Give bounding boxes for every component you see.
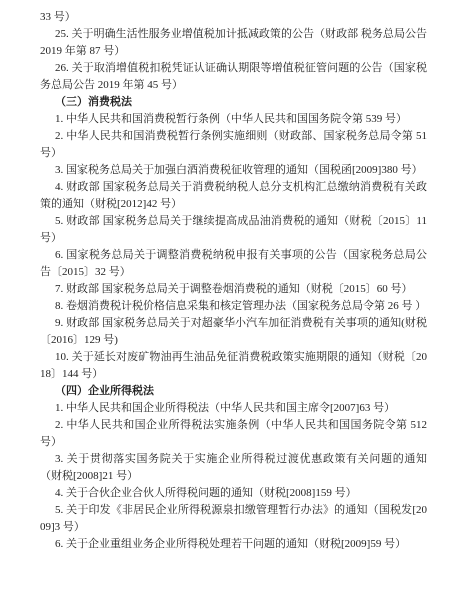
list-item: 4. 财政部 国家税务总局关于消费税纳税人总分支机构汇总缴纳消费税有关政策的通知… (40, 179, 427, 213)
list-item: 7. 财政部 国家税务总局关于调整卷烟消费税的通知（财税〔2015〕60 号） (40, 281, 427, 298)
list-item: 1. 中华人民共和国企业所得税法（中华人民共和国主席令[2007]63 号） (40, 400, 427, 417)
document-page: 33 号）25. 关于明确生活性服务业增值税加计抵减政策的公告（财政部 税务总局… (0, 0, 460, 591)
list-item: 6. 关于企业重组业务企业所得税处理若干问题的通知（财税[2009]59 号） (40, 536, 427, 553)
list-item: 2. 中华人民共和国企业所得税法实施条例（中华人民共和国国务院令第 512 号） (40, 417, 427, 451)
list-item: 3. 国家税务总局关于加强白酒消费税征收管理的通知（国税函[2009]380 号… (40, 162, 427, 179)
list-item: 2. 中华人民共和国消费税暂行条例实施细则（财政部、国家税务总局令第 51 号） (40, 128, 427, 162)
list-item: 25. 关于明确生活性服务业增值税加计抵减政策的公告（财政部 税务总局公告 20… (40, 26, 427, 60)
list-item: 9. 财政部 国家税务总局关于对超豪华小汽车加征消费税有关事项的通知(财税〔20… (40, 315, 427, 349)
list-item: 10. 关于延长对废矿物油再生油品免征消费税政策实施期限的通知（财税〔2018〕… (40, 349, 427, 383)
list-item: 8. 卷烟消费税计税价格信息采集和核定管理办法（国家税务总局令第 26 号 ） (40, 298, 427, 315)
list-item: 5. 关于印发《非居民企业所得税源泉扣缴管理暂行办法》的通知（国税发[2009]… (40, 502, 427, 536)
list-item: 3. 关于贯彻落实国务院关于实施企业所得税过渡优惠政策有关问题的通知（财税[20… (40, 451, 427, 485)
continuation-line: 33 号） (40, 9, 427, 26)
list-item: 26. 关于取消增值税扣税凭证认证确认期限等增值税征管问题的公告（国家税务总局公… (40, 60, 427, 94)
section-heading: （四）企业所得税法 (40, 383, 427, 400)
list-item: 5. 财政部 国家税务总局关于继续提高成品油消费税的通知（财税〔2015〕11 … (40, 213, 427, 247)
list-item: 4. 关于合伙企业合伙人所得税问题的通知（财税[2008]159 号） (40, 485, 427, 502)
list-item: 6. 国家税务总局关于调整消费税纳税申报有关事项的公告（国家税务总局公告〔201… (40, 247, 427, 281)
document-body: 33 号）25. 关于明确生活性服务业增值税加计抵减政策的公告（财政部 税务总局… (40, 9, 427, 553)
list-item: 1. 中华人民共和国消费税暂行条例（中华人民共和国国务院令第 539 号） (40, 111, 427, 128)
section-heading: （三）消费税法 (40, 94, 427, 111)
